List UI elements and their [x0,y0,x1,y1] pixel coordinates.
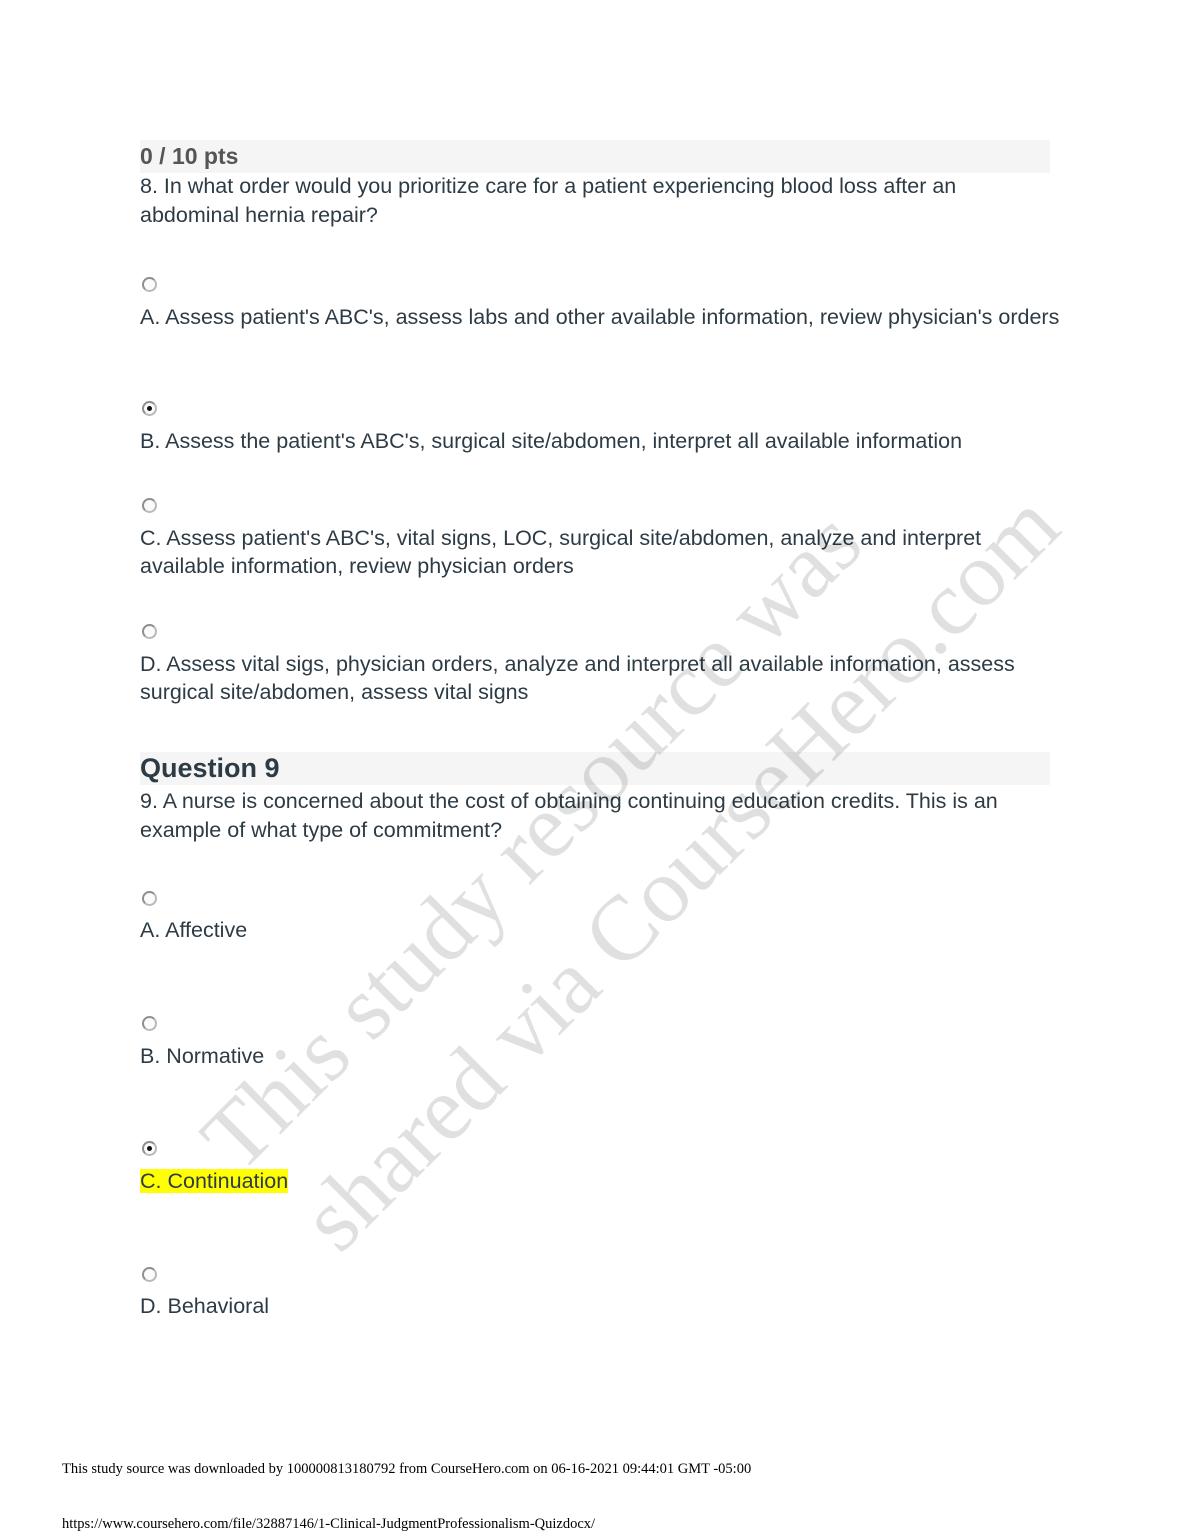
source-url[interactable]: https://www.coursehero.com/file/32887146… [62,1516,595,1533]
question-8-option-c-label: C. Assess patient's ABC's, vital signs, … [140,524,1060,580]
question-9-option-c-label: C. Continuation [140,1167,1060,1195]
question-8-option-b-radio[interactable] [142,401,157,416]
question-9-option-d-radio[interactable] [142,1267,157,1282]
question-9-text: 9. A nurse is concerned about the cost o… [140,787,1060,845]
question-8-option-d-label: D. Assess vital sigs, physician orders, … [140,650,1060,706]
question-9-option-b-radio[interactable] [142,1016,157,1031]
selected-answer-highlight: C. Continuation [140,1169,288,1193]
download-note: This study source was downloaded by 1000… [62,1461,751,1478]
watermark-line-2: shared via CourseHero.com [280,472,1079,1271]
question-9-option-c-radio[interactable] [142,1141,157,1156]
question-8-option-a-radio[interactable] [142,277,157,292]
question-8-option-c-radio[interactable] [142,498,157,513]
question-8-option-b-label: B. Assess the patient's ABC's, surgical … [140,427,1060,455]
question-9-option-d-label: D. Behavioral [140,1292,1060,1320]
question-8-score: 0 / 10 pts [140,140,238,173]
question-9-title: Question 9 [140,751,280,786]
question-9-option-a-radio[interactable] [142,891,157,906]
question-8-header-band [140,140,1050,173]
question-8-option-d-radio[interactable] [142,624,157,639]
question-9-option-b-label: B. Normative [140,1042,1060,1070]
question-8-text: 8. In what order would you prioritize ca… [140,172,1060,230]
question-9-option-a-label: A. Affective [140,916,1060,944]
question-8-option-a-label: A. Assess patient's ABC's, assess labs a… [140,303,1060,331]
